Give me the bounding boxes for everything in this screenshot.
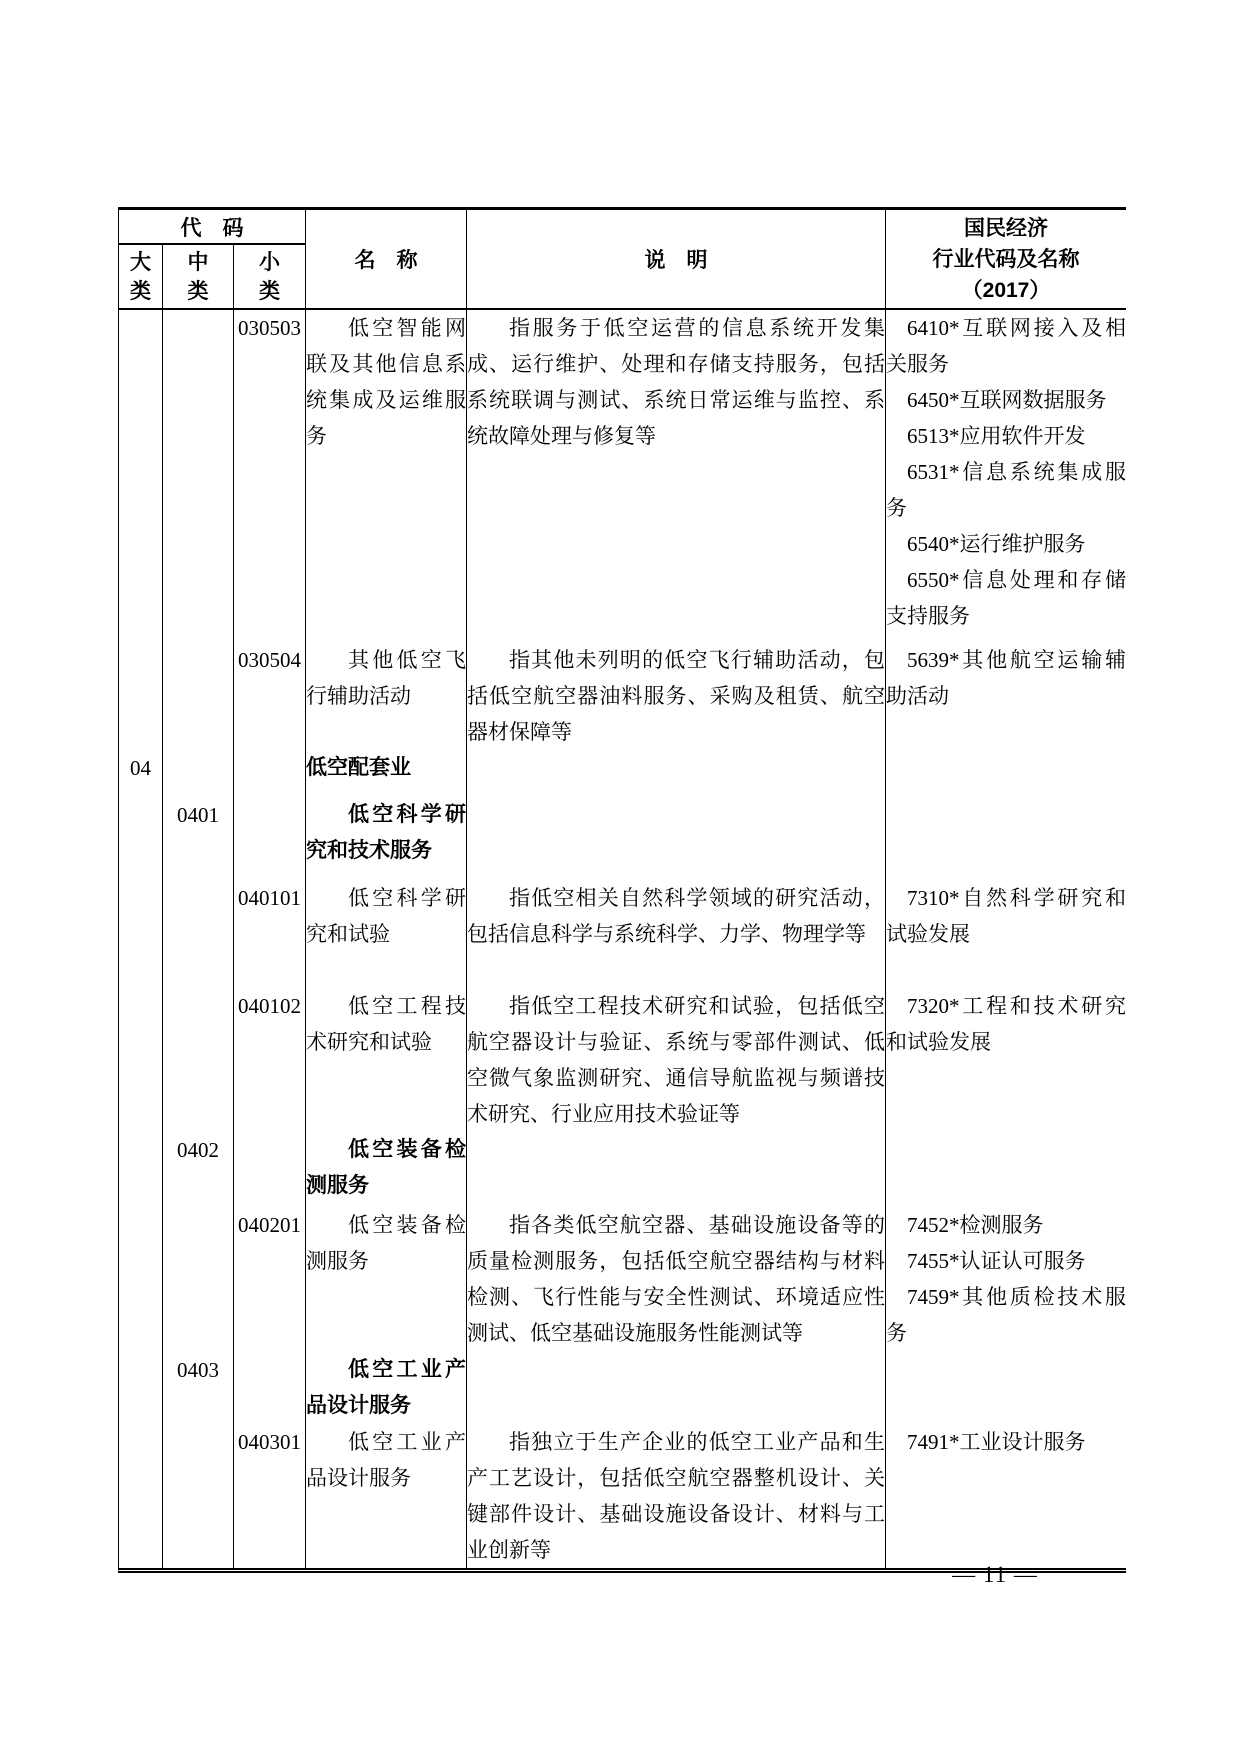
table-row: 030503低空智能网联及其他信息系统集成及运维服务指服务于低空运营的信息系统开… [119,310,1126,642]
industry-code-item: 6550*信息处理和存储支持服务 [886,562,1126,634]
cell-mid-code: 0401 [163,797,234,880]
name-text: 其他低空飞行辅助活动 [306,642,466,714]
cell-industry-codes: 7491*工业设计服务 [886,1424,1126,1568]
cell-mid-code [163,988,234,1132]
table-row: 0403低空工业产品设计服务 [119,1352,1126,1424]
name-text: 低空工业产品设计服务 [306,1424,466,1496]
description-text: 指独立于生产企业的低空工业产品和生产工艺设计，包括低空航空器整机设计、关键部件设… [467,1424,885,1568]
header-description-label: 说 明 [645,244,708,274]
name-text: 低空科学研究和试验 [306,880,466,952]
cell-major-code [119,880,163,988]
cell-industry-codes: 7452*检测服务7455*认证认可服务7459*其他质检技术服务 [886,1207,1126,1352]
cell-name: 其他低空飞行辅助活动 [306,642,467,750]
industry-code-item: 7491*工业设计服务 [886,1424,1126,1460]
table-row: 04低空配套业 [119,750,1126,797]
description-text: 指服务于低空运营的信息系统开发集成、运行维护、处理和存储支持服务，包括系统联调与… [467,310,885,454]
industry-code-item: 7459*其他质检技术服务 [886,1279,1126,1351]
cell-small-code [234,1132,306,1207]
cell-description: 指低空相关自然科学领域的研究活动，包括信息科学与系统科学、力学、物理学等 [467,880,886,988]
description-text: 指其他未列明的低空飞行辅助活动，包括低空航空器油料服务、采购及租赁、航空器材保障… [467,642,885,750]
industry-code-item: 7320*工程和技术研究和试验发展 [886,988,1126,1060]
cell-mid-code [163,1424,234,1568]
header-name-label: 名 称 [355,244,418,274]
table-header: 代 码 大类 中类 小类 名 称 说 明 国民经济 行业代码及名称 （2017） [119,210,1126,310]
cell-description: 指低空工程技术研究和试验，包括低空航空器设计与验证、系统与零部件测试、低空微气象… [467,988,886,1132]
cell-major-code [119,1352,163,1424]
description-text: 指低空相关自然科学领域的研究活动，包括信息科学与系统科学、力学、物理学等 [467,880,885,952]
header-code-group-label: 代 码 [181,212,244,242]
cell-name: 低空工业产品设计服务 [306,1424,467,1568]
cell-mid-code: 0403 [163,1352,234,1424]
header-code-group: 代 码 [119,210,306,245]
industry-code-item: 7455*认证认可服务 [886,1243,1126,1279]
cell-small-code: 040201 [234,1207,306,1352]
industry-code-item: 7452*检测服务 [886,1207,1126,1243]
cell-small-code [234,797,306,880]
header-major-class: 大类 [119,245,163,308]
industry-code-item: 5639*其他航空运输辅助活动 [886,642,1126,714]
header-industry-codes-label: 国民经济 行业代码及名称 （2017） [933,213,1080,306]
table-row: 0401低空科学研究和技术服务 [119,797,1126,880]
classification-table: 代 码 大类 中类 小类 名 称 说 明 国民经济 行业代码及名称 （2017）… [118,207,1126,1573]
name-text: 低空装备检测服务 [306,1207,466,1279]
cell-industry-codes: 6410*互联网接入及相关服务6450*互联网数据服务6513*应用软件开发65… [886,310,1126,642]
cell-description [467,797,886,880]
cell-name: 低空装备检测服务 [306,1207,467,1352]
cell-major-code [119,1207,163,1352]
industry-code-item: 6531*信息系统集成服务 [886,454,1126,526]
cell-small-code: 030503 [234,310,306,642]
name-text: 低空配套业 [306,750,466,786]
table-row: 0402低空装备检测服务 [119,1132,1126,1207]
header-mid-class-label: 中类 [185,248,210,306]
description-text: 指各类低空航空器、基础设施设备等的质量检测服务，包括低空航空器结构与材料检测、飞… [467,1207,885,1351]
cell-description: 指独立于生产企业的低空工业产品和生产工艺设计，包括低空航空器整机设计、关键部件设… [467,1424,886,1568]
industry-code-item: 6513*应用软件开发 [886,418,1126,454]
cell-name: 低空工业产品设计服务 [306,1352,467,1424]
cell-small-code: 040102 [234,988,306,1132]
cell-major-code [119,310,163,642]
cell-major-code: 04 [119,750,163,797]
cell-small-code: 030504 [234,642,306,750]
industry-code-item: 6410*互联网接入及相关服务 [886,310,1126,382]
table-row: 040102低空工程技术研究和试验指低空工程技术研究和试验，包括低空航空器设计与… [119,988,1126,1132]
cell-industry-codes [886,1132,1126,1207]
cell-major-code [119,1132,163,1207]
cell-major-code [119,642,163,750]
name-text: 低空工业产品设计服务 [306,1352,466,1424]
name-text: 低空工程技术研究和试验 [306,988,466,1060]
header-small-class-label: 小类 [257,248,282,306]
cell-industry-codes: 7310*自然科学研究和试验发展 [886,880,1126,988]
cell-industry-codes: 7320*工程和技术研究和试验发展 [886,988,1126,1132]
header-small-class: 小类 [234,245,306,308]
industry-code-item: 6540*运行维护服务 [886,526,1126,562]
cell-industry-codes [886,750,1126,797]
name-text: 低空装备检测服务 [306,1132,466,1204]
cell-description [467,750,886,797]
cell-description: 指服务于低空运营的信息系统开发集成、运行维护、处理和存储支持服务，包括系统联调与… [467,310,886,642]
table-row: 030504其他低空飞行辅助活动指其他未列明的低空飞行辅助活动，包括低空航空器油… [119,642,1126,750]
cell-mid-code [163,750,234,797]
header-description: 说 明 [467,210,886,308]
table-row: 040201低空装备检测服务指各类低空航空器、基础设施设备等的质量检测服务，包括… [119,1207,1126,1352]
cell-description [467,1352,886,1424]
description-text: 指低空工程技术研究和试验，包括低空航空器设计与验证、系统与零部件测试、低空微气象… [467,988,885,1132]
table-row: 040101低空科学研究和试验指低空相关自然科学领域的研究活动，包括信息科学与系… [119,880,1126,988]
cell-description [467,1132,886,1207]
cell-industry-codes [886,797,1126,880]
industry-code-item: 6450*互联网数据服务 [886,382,1126,418]
cell-small-code [234,1352,306,1424]
cell-major-code [119,988,163,1132]
name-text: 低空智能网联及其他信息系统集成及运维服务 [306,310,466,454]
name-text: 低空科学研究和技术服务 [306,797,466,869]
cell-small-code: 040101 [234,880,306,988]
cell-mid-code [163,642,234,750]
document-page: 代 码 大类 中类 小类 名 称 说 明 国民经济 行业代码及名称 （2017）… [0,0,1241,1754]
cell-name: 低空工程技术研究和试验 [306,988,467,1132]
header-mid-class: 中类 [163,245,234,308]
cell-name: 低空配套业 [306,750,467,797]
cell-mid-code [163,1207,234,1352]
cell-small-code: 040301 [234,1424,306,1568]
cell-mid-code [163,880,234,988]
cell-description: 指其他未列明的低空飞行辅助活动，包括低空航空器油料服务、采购及租赁、航空器材保障… [467,642,886,750]
cell-name: 低空科学研究和试验 [306,880,467,988]
cell-name: 低空装备检测服务 [306,1132,467,1207]
cell-major-code [119,1424,163,1568]
header-major-class-label: 大类 [128,248,153,306]
cell-mid-code: 0402 [163,1132,234,1207]
cell-description: 指各类低空航空器、基础设施设备等的质量检测服务，包括低空航空器结构与材料检测、飞… [467,1207,886,1352]
table-body: 030503低空智能网联及其他信息系统集成及运维服务指服务于低空运营的信息系统开… [119,310,1126,1568]
cell-mid-code [163,310,234,642]
page-number: — 11 — [905,1562,1085,1588]
header-name: 名 称 [306,210,467,308]
cell-name: 低空智能网联及其他信息系统集成及运维服务 [306,310,467,642]
cell-industry-codes: 5639*其他航空运输辅助活动 [886,642,1126,750]
cell-industry-codes [886,1352,1126,1424]
cell-name: 低空科学研究和技术服务 [306,797,467,880]
cell-major-code [119,797,163,880]
industry-code-item: 7310*自然科学研究和试验发展 [886,880,1126,952]
header-industry-codes: 国民经济 行业代码及名称 （2017） [886,210,1126,308]
cell-small-code [234,750,306,797]
table-row: 040301低空工业产品设计服务指独立于生产企业的低空工业产品和生产工艺设计，包… [119,1424,1126,1568]
